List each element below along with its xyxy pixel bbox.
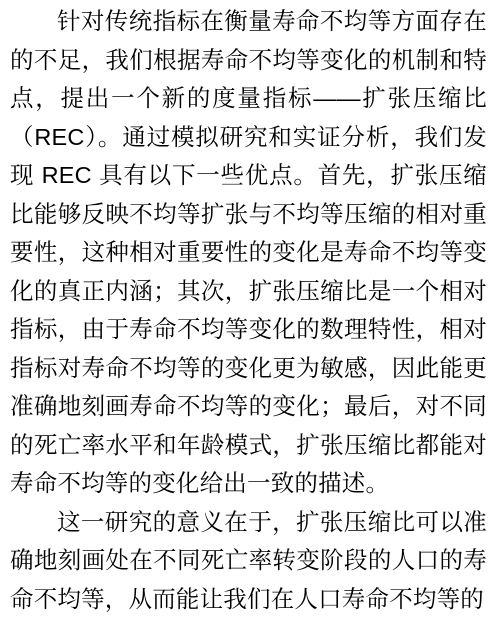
paragraph-research-significance: 这一研究的意义在于，扩张压缩比可以准确地刻画处在不同死亡率转变阶段的人口的寿命不… <box>10 503 487 619</box>
paragraph-rec-advantages: 针对传统指标在衡量寿命不均等方面存在的不足，我们根据寿命不均等变化的机制和特点，… <box>10 2 487 503</box>
document-page: 针对传统指标在衡量寿命不均等方面存在的不足，我们根据寿命不均等变化的机制和特点，… <box>0 0 499 625</box>
